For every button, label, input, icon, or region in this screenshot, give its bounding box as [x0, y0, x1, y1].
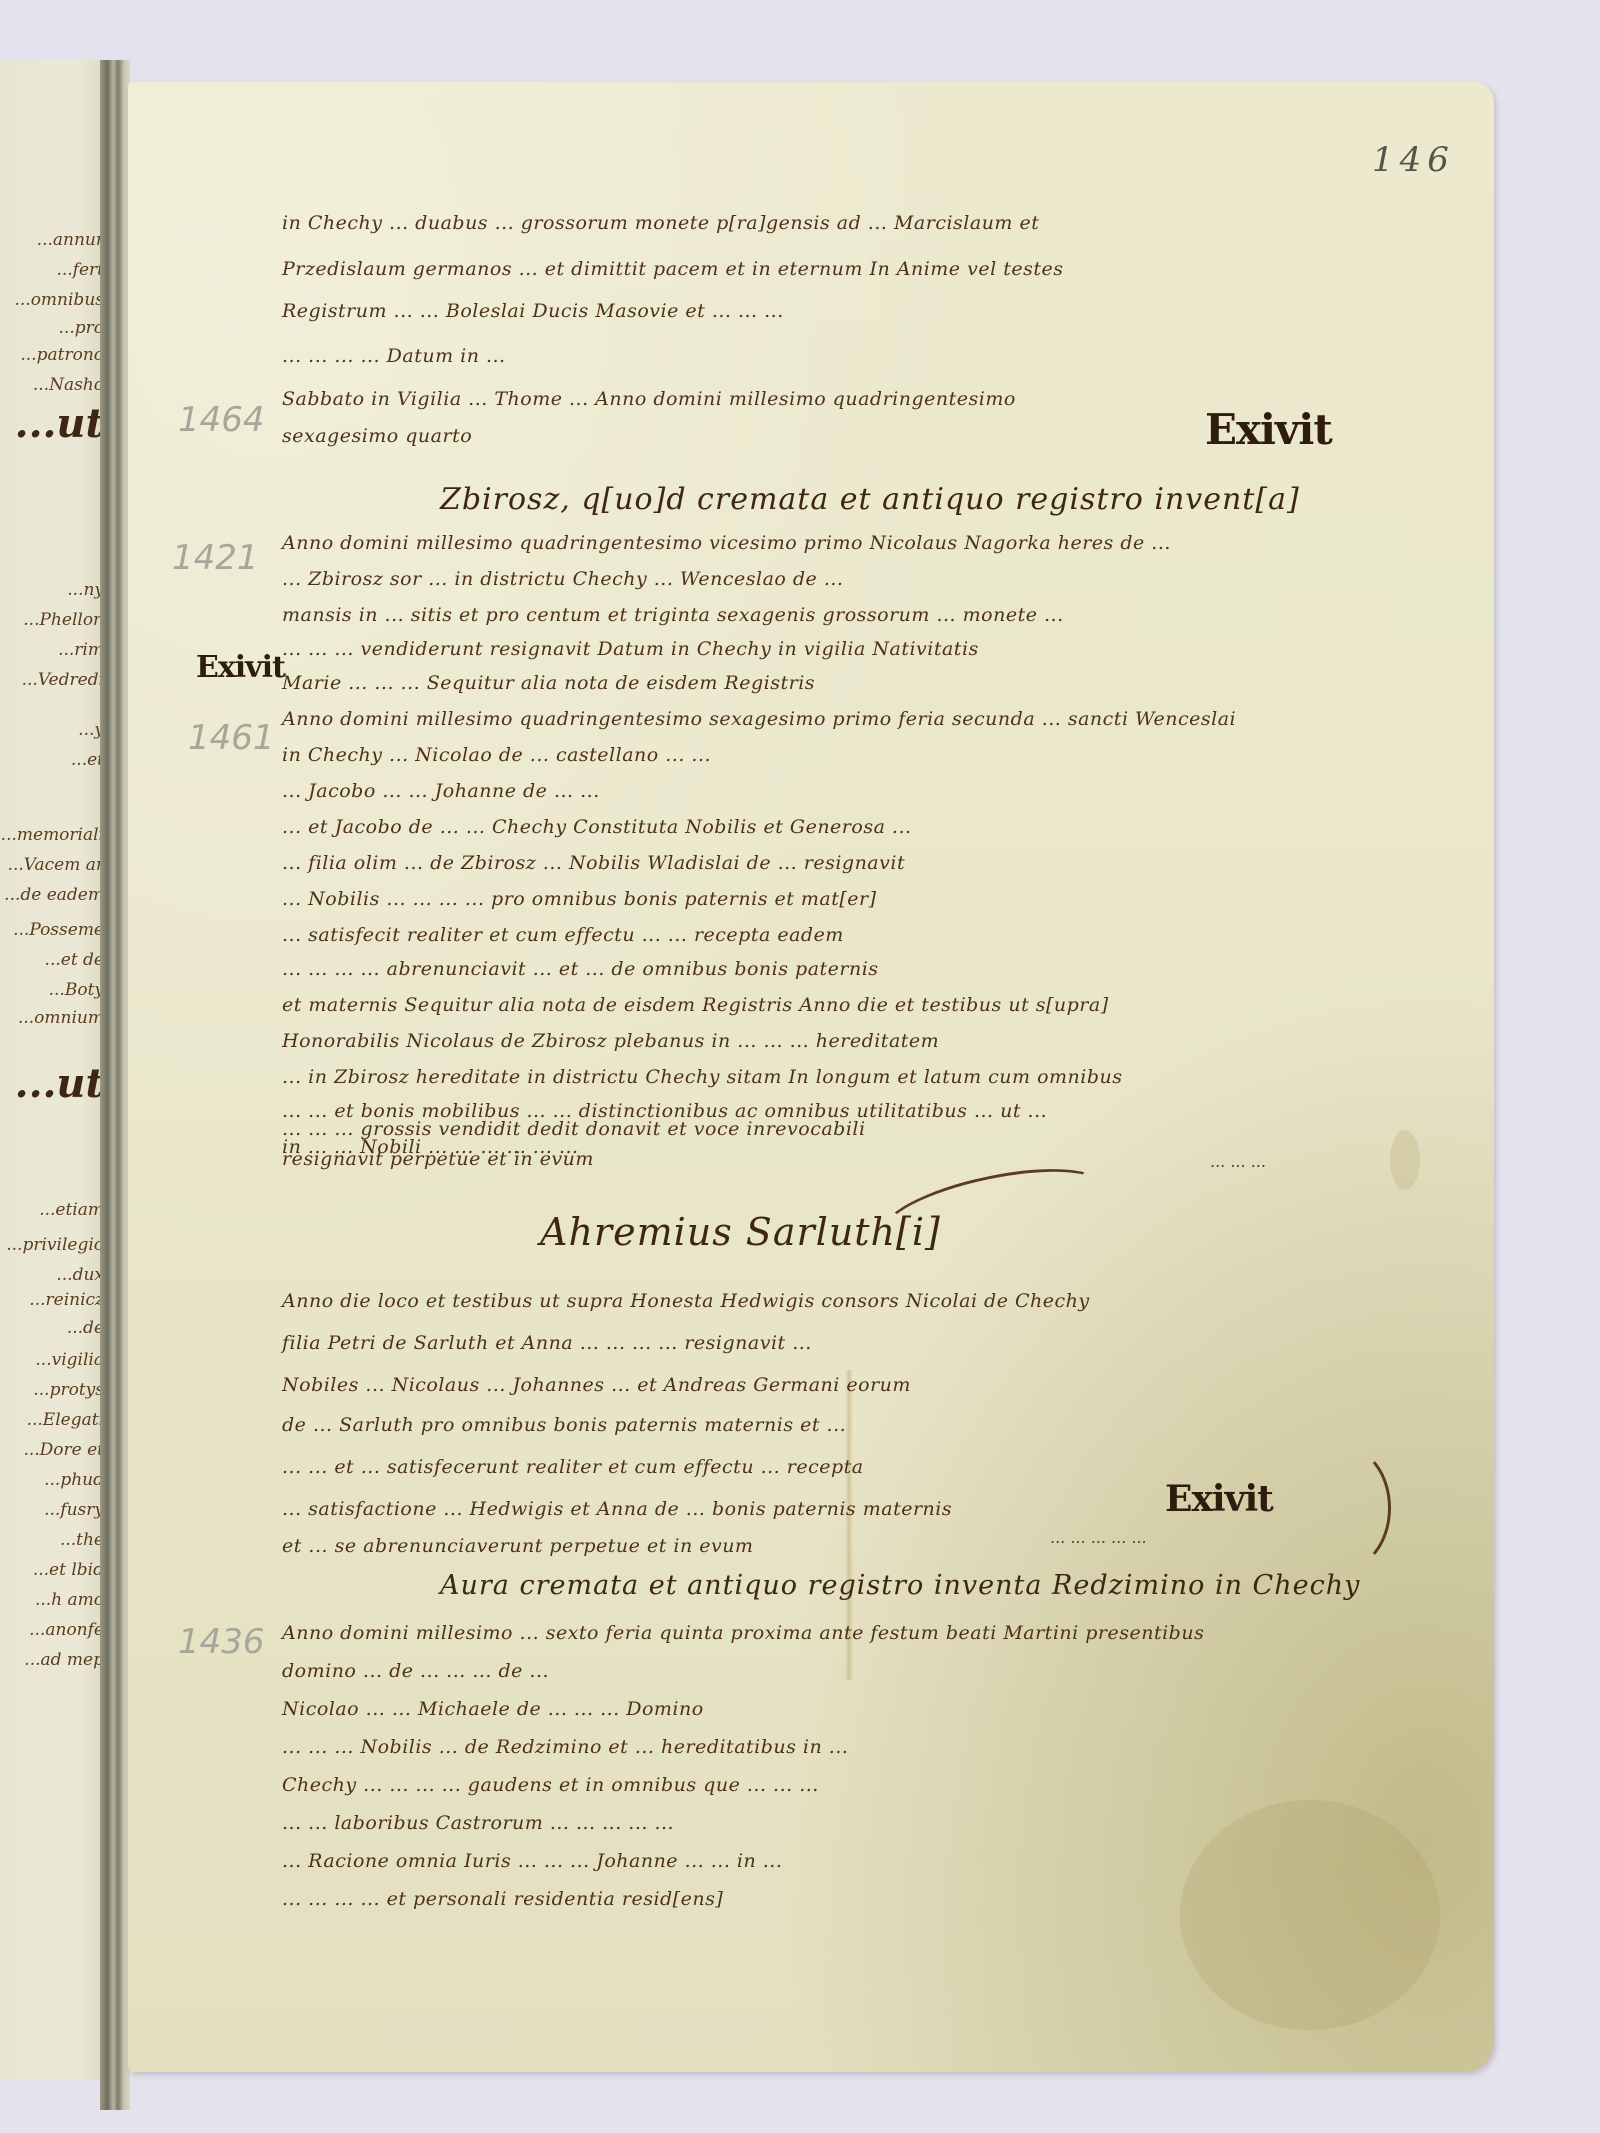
- left-fragment: ...anonfe: [29, 1620, 104, 1640]
- text-line: ... satisfactione ... Hedwigis et Anna d…: [282, 1498, 952, 1520]
- text-line: sexagesimo quarto: [282, 425, 472, 447]
- folio-number: 146: [1372, 140, 1455, 180]
- left-fragment: ...the: [60, 1530, 104, 1550]
- left-fragment: ...protys: [33, 1380, 104, 1400]
- left-fragment: ...Posseme: [13, 920, 104, 940]
- left-fragment: ...privilegio: [6, 1235, 104, 1255]
- entry-heading: Zbirosz, q[uo]d cremata et antiquo regis…: [440, 482, 1300, 517]
- left-fragment: ...etiam: [39, 1200, 104, 1220]
- left-fragment: ...patrono: [20, 345, 104, 365]
- text-line: Nicolao ... ... Michaele de ... ... ... …: [282, 1698, 704, 1720]
- text-line: in Chechy ... duabus ... grossorum monet…: [282, 212, 1039, 234]
- left-fragment: ...reinicz: [29, 1290, 104, 1310]
- parchment-stain: [1180, 1800, 1440, 2030]
- left-fragment: ...omnibus: [14, 290, 104, 310]
- ink-flourish: [1295, 1445, 1391, 1571]
- left-fragment: ...rim: [58, 640, 104, 660]
- text-line: ... in Zbirosz hereditate in districtu C…: [282, 1066, 1123, 1088]
- exivit-mark: Exivit: [1165, 1478, 1273, 1520]
- left-fragment: ...fusry: [44, 1500, 104, 1520]
- left-fragment: ...Nasho: [33, 375, 104, 395]
- text-line: Sabbato in Vigilia ... Thome ... Anno do…: [282, 388, 1016, 410]
- text-line: ... ... ... ... Datum in ...: [282, 345, 506, 367]
- text-line: Przedislaum germanos ... et dimittit pac…: [282, 258, 1063, 280]
- text-line: resignavit perpetue et in evum: [282, 1148, 594, 1170]
- text-line: ... Nobilis ... ... ... ... pro omnibus …: [282, 888, 877, 910]
- text-line: Anno domini millesimo quadringentesimo v…: [282, 532, 1171, 554]
- text-line: Chechy ... ... ... ... gaudens et in omn…: [282, 1774, 819, 1796]
- left-fragment: ...memoriali: [1, 825, 104, 845]
- text-line: ... ... ... vendiderunt resignavit Datum…: [282, 638, 979, 660]
- left-fragment: ...ny: [67, 580, 104, 600]
- text-line: Anno die loco et testibus ut supra Hones…: [282, 1290, 1090, 1312]
- left-fragment: ...Vedredi: [22, 670, 104, 690]
- left-fragment: ...phud: [44, 1470, 104, 1490]
- text-line: ... Zbirosz sor ... in districtu Chechy …: [282, 568, 843, 590]
- left-fragment: ...ut: [15, 1060, 104, 1107]
- text-line: Anno domini millesimo ... sexto feria qu…: [282, 1622, 1204, 1644]
- text-line: domino ... de ... ... ... de ...: [282, 1660, 549, 1682]
- left-fragment: ...et lbid: [33, 1560, 104, 1580]
- left-fragment: ...h amo: [35, 1590, 104, 1610]
- text-line: filia Petri de Sarluth et Anna ... ... .…: [282, 1332, 812, 1354]
- margin-note: ... ... ... ... ...: [1050, 1528, 1147, 1547]
- left-fragment: ...dux: [56, 1265, 104, 1285]
- left-fragment: ...de eadem: [4, 885, 104, 905]
- text-line: et ... se abrenunciaverunt perpetue et i…: [282, 1535, 753, 1557]
- margin-year-1436: 1436: [178, 1622, 265, 1662]
- text-line: Registrum ... ... Boleslai Ducis Masovie…: [282, 300, 784, 322]
- entry-heading: Aura cremata et antiquo registro inventa…: [440, 1570, 1360, 1601]
- text-line: ... ... ... grossis vendidit dedit donav…: [282, 1118, 866, 1140]
- left-fragment: ...Vacem ar: [8, 855, 104, 875]
- text-line: Marie ... ... ... Sequitur alia nota de …: [282, 672, 815, 694]
- exivit-mark: Exivit: [1205, 405, 1332, 454]
- text-line: in Chechy ... Nicolao de ... castellano …: [282, 744, 711, 766]
- text-line: et maternis Sequitur alia nota de eisdem…: [282, 994, 1109, 1016]
- left-fragment: ...Dore et: [23, 1440, 104, 1460]
- margin-year-1421: 1421: [172, 538, 259, 578]
- left-fragment: ...Elegati: [27, 1410, 104, 1430]
- left-fragment: ...Boty: [49, 980, 104, 1000]
- left-page-edge: ...annur ...fert ...omnibus ...pro ...pa…: [0, 60, 112, 2080]
- left-fragment: ...pro: [59, 318, 104, 338]
- margin-year-1461: 1461: [188, 718, 275, 758]
- parchment-stain: [1390, 1130, 1420, 1190]
- text-line: Honorabilis Nicolaus de Zbirosz plebanus…: [282, 1030, 939, 1052]
- left-fragment: ...de: [67, 1318, 104, 1338]
- text-line: ... ... et ... satisfecerunt realiter et…: [282, 1456, 864, 1478]
- left-fragment: ...et de: [45, 950, 104, 970]
- text-line: Nobiles ... Nicolaus ... Johannes ... et…: [282, 1374, 911, 1396]
- text-line: ... Jacobo ... ... Johanne de ... ...: [282, 780, 600, 802]
- left-fragment: ...fert: [56, 260, 104, 280]
- text-line: ... et Jacobo de ... ... Chechy Constitu…: [282, 816, 912, 838]
- text-line: ... ... ... ... et personali residentia …: [282, 1888, 723, 1910]
- text-line: ... ... ... ... abrenunciavit ... et ...…: [282, 958, 879, 980]
- left-fragment: ...omnium: [18, 1008, 104, 1028]
- left-fragment: ...Phellon: [23, 610, 104, 630]
- text-line: ... ... ... Nobilis ... de Redzimino et …: [282, 1736, 848, 1758]
- text-line: ... filia olim ... de Zbirosz ... Nobili…: [282, 852, 905, 874]
- text-line: Anno domini millesimo quadringentesimo s…: [282, 708, 1236, 730]
- text-line: mansis in ... sitis et pro centum et tri…: [282, 604, 1064, 626]
- text-line: ... ... laboribus Castrorum ... ... ... …: [282, 1812, 674, 1834]
- left-fragment: ...annur: [37, 230, 104, 250]
- margin-note: ... ... ...: [1210, 1152, 1266, 1171]
- left-fragment: ...ad mep: [24, 1650, 104, 1670]
- text-line: ... Racione omnia Iuris ... ... ... Joha…: [282, 1850, 782, 1872]
- text-line: de ... Sarluth pro omnibus bonis paterni…: [282, 1414, 846, 1436]
- margin-year-1464: 1464: [178, 400, 265, 440]
- left-fragment: ...ut: [15, 400, 104, 447]
- exivit-mark: Exivit: [196, 650, 285, 685]
- text-line: ... satisfecit realiter et cum effectu .…: [282, 924, 844, 946]
- left-fragment: ...vigilia: [35, 1350, 104, 1370]
- entry-heading: Ahremius Sarluth[i]: [540, 1210, 941, 1254]
- book-gutter: [100, 60, 130, 2110]
